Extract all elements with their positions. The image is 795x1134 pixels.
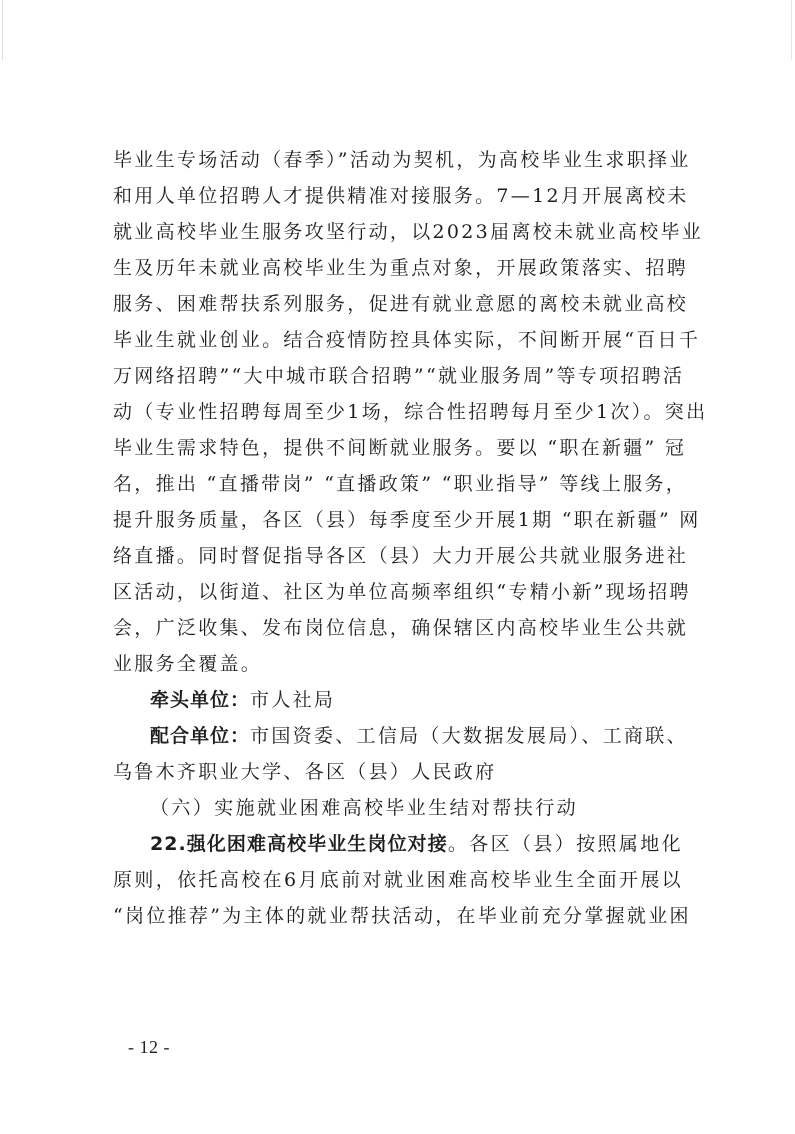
item-22-line: 原则，依托高校在6月底前对就业困难高校毕业生全面开展以 bbox=[113, 862, 683, 898]
paragraph-line: 提升服务质量，各区（县）每季度至少开展1期 “职在新疆” 网 bbox=[113, 502, 683, 538]
paragraph-line: 络直播。同时督促指导各区（县）大力开展公共就业服务进社 bbox=[113, 538, 683, 574]
paragraph-line: 万网络招聘”“大中城市联合招聘”“就业服务周”等专项招聘活 bbox=[113, 358, 683, 394]
paragraph-line: 就业高校毕业生服务攻坚行动，以2023届离校未就业高校毕业 bbox=[113, 214, 683, 250]
cooperating-units-value: 市国资委、工信局（大数据发展局）、工商联、 bbox=[250, 725, 688, 747]
cooperating-units-line-2: 乌鲁木齐职业大学、各区（县）人民政府 bbox=[113, 754, 683, 790]
page-number: - 12 - bbox=[128, 1037, 170, 1058]
lead-unit-line: 牵头单位：市人社局 bbox=[113, 682, 683, 718]
item-22-text: 。各区（县）按照属地化 bbox=[448, 833, 683, 855]
lead-unit-label: 牵头单位： bbox=[150, 689, 250, 711]
paragraph-line: 生及历年未就业高校毕业生为重点对象，开展政策落实、招聘 bbox=[113, 250, 683, 286]
lead-unit-value: 市人社局 bbox=[250, 689, 335, 711]
paragraph-line: 会，广泛收集、发布岗位信息，确保辖区内高校毕业生公共就 bbox=[113, 610, 683, 646]
paragraph-line: 动（专业性招聘每周至少1场，综合性招聘每月至少1次）。突出 bbox=[113, 394, 683, 430]
paragraph-line: 毕业生需求特色，提供不间断就业服务。要以 “职在新疆” 冠 bbox=[113, 430, 683, 466]
paragraph-line: 毕业生就业创业。结合疫情防控具体实际，不间断开展“百日千 bbox=[113, 322, 683, 358]
paragraph-line: 服务、困难帮扶系列服务，促进有就业意愿的离校未就业高校 bbox=[113, 286, 683, 322]
cooperating-units-line: 配合单位：市国资委、工信局（大数据发展局）、工商联、 bbox=[113, 718, 683, 754]
scan-page-edge-left bbox=[2, 0, 3, 60]
paragraph-line: 业服务全覆盖。 bbox=[113, 646, 683, 682]
item-22-title: 22.强化困难高校毕业生岗位对接 bbox=[150, 833, 448, 855]
paragraph-line: 和用人单位招聘人才提供精准对接服务。7—12月开展离校未 bbox=[113, 178, 683, 214]
item-22-line: “岗位推荐”为主体的就业帮扶活动，在毕业前充分掌握就业困 bbox=[113, 898, 683, 934]
paragraph-line: 毕业生专场活动（春季）”活动为契机，为高校毕业生求职择业 bbox=[113, 142, 683, 178]
cooperating-units-label: 配合单位： bbox=[150, 725, 250, 747]
paragraph-line: 名，推出 “直播带岗” “直播政策” “职业指导” 等线上服务， bbox=[113, 466, 683, 502]
paragraph-line: 区活动，以街道、社区为单位高频率组织“专精小新”现场招聘 bbox=[113, 574, 683, 610]
document-body: 毕业生专场活动（春季）”活动为契机，为高校毕业生求职择业 和用人单位招聘人才提供… bbox=[113, 142, 683, 934]
scan-page-edge-right bbox=[791, 0, 792, 60]
item-22-line: 22.强化困难高校毕业生岗位对接。各区（县）按照属地化 bbox=[113, 826, 683, 862]
section-heading: （六）实施就业困难高校毕业生结对帮扶行动 bbox=[113, 790, 683, 826]
